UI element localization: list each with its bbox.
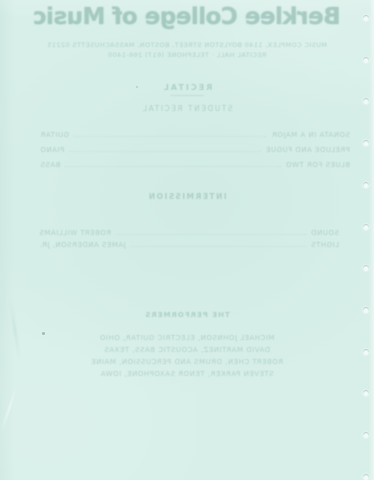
- ghost-program-performer: PIANO: [40, 146, 64, 154]
- ghost-logo: Berklee College of Music: [0, 4, 374, 30]
- ghost-credit-name: JAMES ANDERSON, JR.: [39, 241, 126, 249]
- ghost-program-row: BLUES FOR TWO BASS: [40, 158, 350, 173]
- ghost-bleedthrough-layer: Berklee College of Music MUSIC COMPLEX, …: [0, 0, 374, 480]
- ghost-performer-line: MICHAEL JOHNSON, ELECTRIC GUITAR, OHIO: [0, 332, 374, 344]
- binding-hole: [363, 307, 369, 313]
- ghost-program-performer: GUITAR: [40, 131, 69, 139]
- ghost-program-list: SONATA IN A MAJOR GUITAR PRELUDE AND FUG…: [40, 128, 350, 173]
- ghost-performer-line: STEVEN PARKER, TENOR SAXOPHONE, IOWA: [0, 368, 374, 380]
- ghost-credit-label: SOUND: [311, 229, 339, 237]
- binding-hole: [363, 224, 369, 230]
- ghost-dot-leader: [65, 158, 280, 167]
- ghost-program-title: BLUES FOR TWO: [286, 161, 350, 169]
- ghost-performer-line: DAVID MARTINEZ, ACOUSTIC BASS, TEXAS: [0, 344, 374, 356]
- ghost-program-title: SONATA IN A MAJOR: [272, 131, 351, 139]
- ink-speck: [136, 86, 138, 88]
- ghost-address-line-2: RECITAL HALL · TELEPHONE (617) 266-1400: [0, 51, 374, 59]
- ghost-credits-list: SOUND ROBERT WILLIAMS LIGHTS JAMES ANDER…: [39, 226, 339, 250]
- ghost-dot-leader: [131, 238, 306, 247]
- page-edge-highlight: [369, 0, 374, 480]
- ghost-credit-name: ROBERT WILLIAMS: [39, 229, 111, 237]
- ghost-address-line-1: MUSIC COMPLEX, 1140 BOYLSTON STREET, BOS…: [0, 41, 374, 49]
- ghost-performers-list: MICHAEL JOHNSON, ELECTRIC GUITAR, OHIO D…: [0, 332, 374, 380]
- ghost-presents-line: STUDENT RECITAL: [0, 104, 374, 113]
- ghost-recital-heading: RECITAL: [0, 83, 374, 92]
- ghost-dot-leader: [116, 226, 306, 235]
- binding-hole: [363, 474, 369, 480]
- ghost-credit-row: LIGHTS JAMES ANDERSON, JR.: [39, 238, 339, 250]
- binding-hole: [363, 349, 369, 355]
- ghost-credit-row: SOUND ROBERT WILLIAMS: [39, 226, 339, 238]
- ghost-performers-heading: THE PERFORMERS: [0, 311, 374, 319]
- ghost-program-performer: BASS: [40, 161, 60, 169]
- binding-hole: [363, 182, 369, 188]
- ghost-heading-rule: [170, 95, 204, 96]
- ghost-program-title: PRELUDE AND FUGUE: [266, 146, 350, 154]
- scanned-page: Berklee College of Music MUSIC COMPLEX, …: [0, 0, 374, 480]
- binding-hole: [363, 432, 369, 438]
- binding-hole: [363, 15, 369, 21]
- ghost-program-row: SONATA IN A MAJOR GUITAR: [40, 128, 350, 143]
- binding-hole: [363, 57, 369, 63]
- ghost-dot-leader: [74, 128, 267, 137]
- ghost-credit-label: LIGHTS: [311, 241, 339, 249]
- ghost-dot-leader: [69, 143, 260, 152]
- ink-speck: [42, 332, 45, 335]
- ghost-program-row: PRELUDE AND FUGUE PIANO: [40, 143, 350, 158]
- ghost-intermission-heading: INTERMISSION: [0, 192, 374, 201]
- ghost-performer-line: ROBERT CHEN, DRUMS AND PERCUSSION, MAINE: [0, 356, 374, 368]
